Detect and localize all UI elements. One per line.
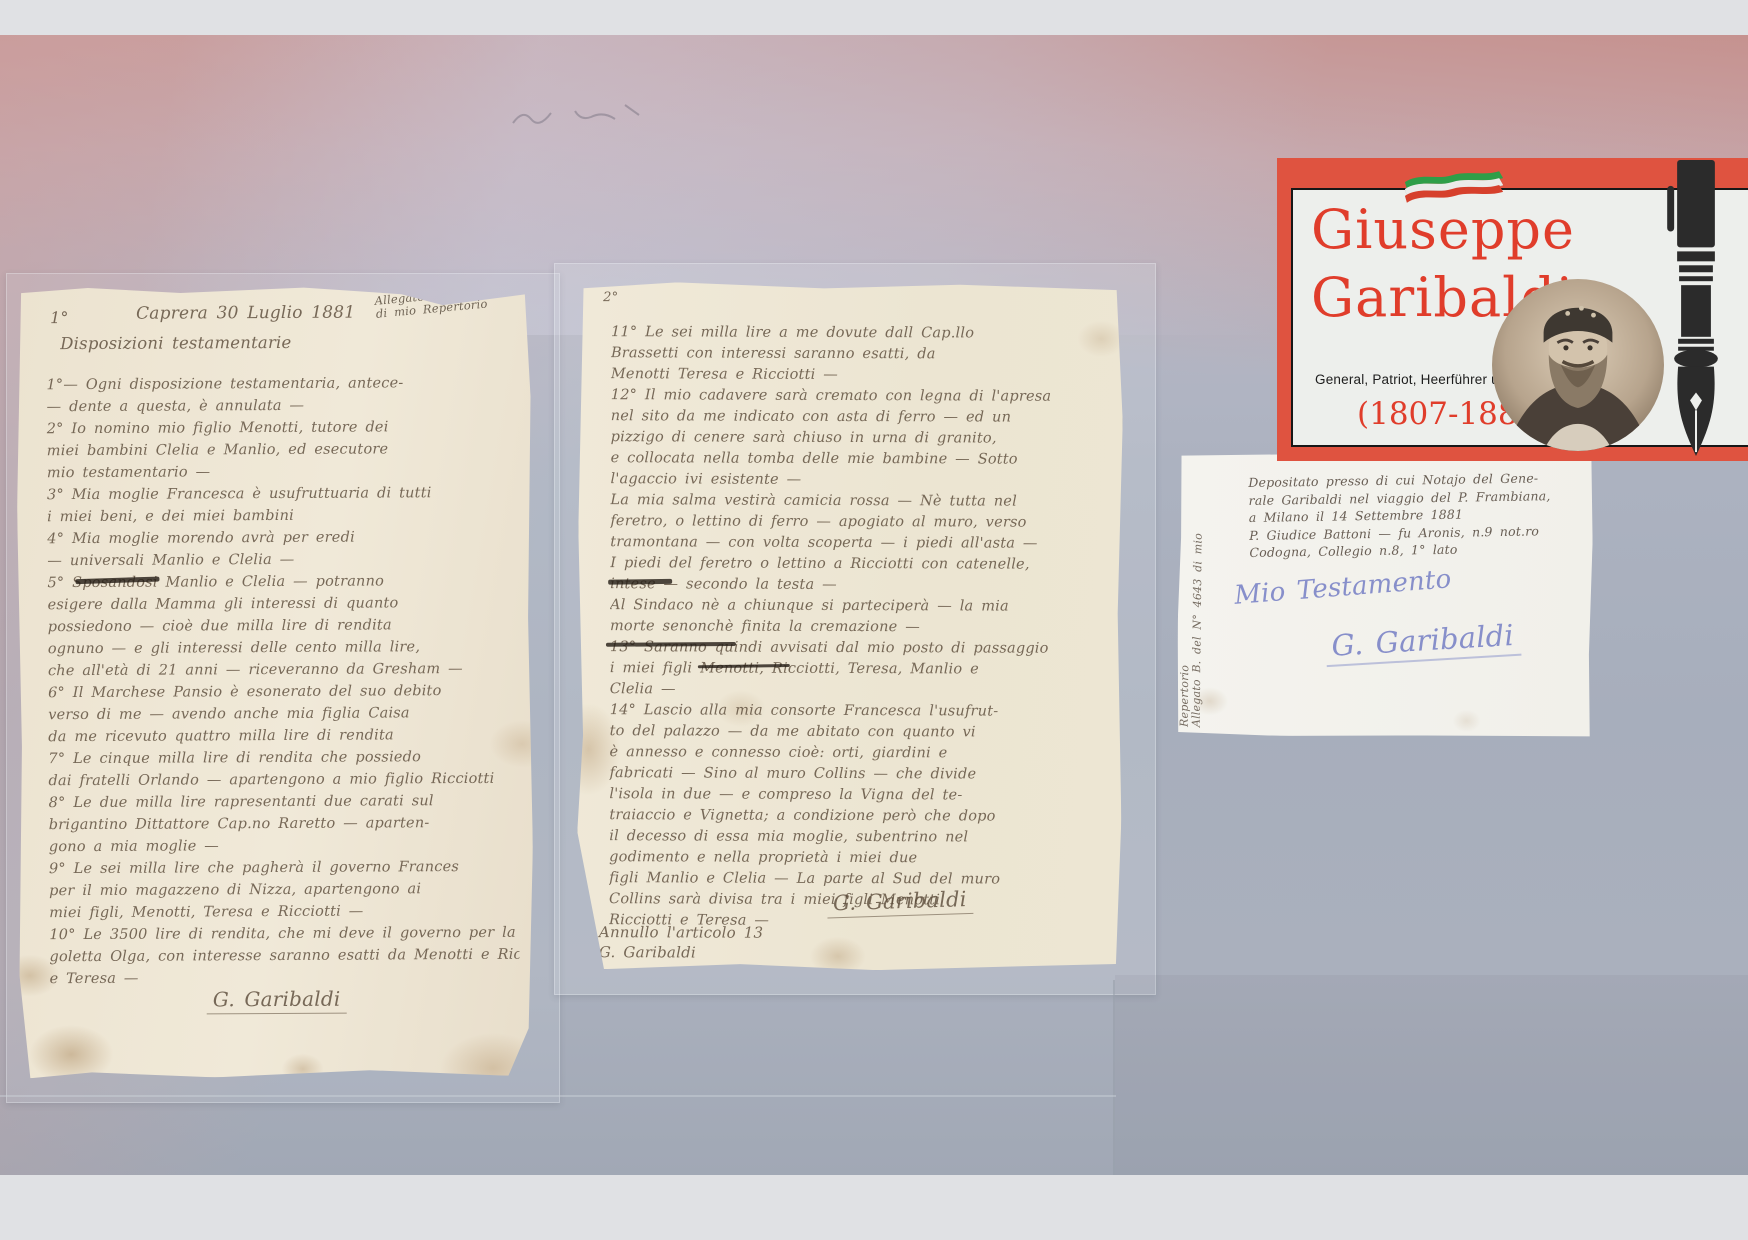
handwriting-line: 4° Mia moglie morendo avrà per eredi <box>47 526 517 550</box>
handwriting-line: 13° Saranno quindi avvisati dal mio post… <box>610 637 1112 660</box>
manuscript-page-1: Allegato C. al N° 4643 di mio Repertorio… <box>16 286 534 1079</box>
handwriting-line: 7° Le cinque milla lire di rendita che p… <box>48 746 518 770</box>
testament-title: Mio Testamento <box>1233 564 1452 611</box>
pencil-mark <box>505 93 665 145</box>
page-number: 2° <box>603 290 618 305</box>
postscript-line: G. Garibaldi <box>599 942 763 963</box>
handwriting-line: — dente a questa, è annulata — <box>47 394 517 418</box>
bottom-margin-strip <box>0 1175 1748 1240</box>
plexiglass-shade <box>1115 975 1748 1175</box>
page-number: 1° <box>50 308 69 327</box>
handwriting-line: Al Sindaco nè a chiunque si parteciperà … <box>610 595 1112 618</box>
postscript-note: Annullo l'articolo 13 G. Garibaldi <box>599 922 764 963</box>
handwriting-line: il decesso di essa mia moglie, subentrin… <box>609 826 1111 849</box>
handwriting-line: feretro, o lettino di ferro — apogiato a… <box>610 511 1112 534</box>
handwriting-line: 3° Mia moglie Francesca è usufruttuaria … <box>47 482 517 506</box>
handwriting-line: 9° Le sei milla lire che pagherà il gove… <box>49 856 519 880</box>
garibaldi-info-banner: Giuseppe Garibaldi General, Patriot, Hee… <box>1277 158 1748 461</box>
postscript-line: Annullo l'articolo 13 <box>599 922 763 943</box>
handwritten-text-block: 1°— Ogni disposizione testamentaria, ant… <box>46 372 520 1078</box>
handwriting-line: La mia salma vestirà camicia rossa — Nè … <box>610 490 1112 513</box>
handwriting-line: — universali Manlio e Clelia — <box>47 548 517 572</box>
deposit-note-block: Depositato presso di cui Notajo del Gene… <box>1248 469 1585 562</box>
handwriting-line: da me ricevuto quattro milla lire di ren… <box>48 724 518 748</box>
fountain-pen-icon <box>1665 160 1727 458</box>
handwriting-line: 10° Le 3500 lire di rendita, che mi deve… <box>49 922 519 946</box>
handwriting-line: i miei beni, e dei miei bambini <box>47 504 517 528</box>
handwriting-line: Menotti Teresa e Ricciotti — <box>611 364 1113 387</box>
handwriting-line: fabricati — Sino al muro Collins — che d… <box>609 763 1111 786</box>
signature: G. Garibaldi <box>827 887 973 919</box>
handwriting-line: 11° Le sei milla lire a me dovute dall C… <box>611 322 1113 345</box>
handwriting-line: nel sito da me indicato con asta di ferr… <box>611 406 1113 429</box>
handwriting-line: possiedono — cioè due milla lire di rend… <box>48 614 518 638</box>
handwriting-line: I piedi del feretro o lettino a Ricciott… <box>610 553 1112 576</box>
handwriting-line: miei figli, Menotti, Teresa e Ricciotti … <box>49 900 519 924</box>
edge-note-line: Allegato B. del N° 4643 <box>1190 578 1205 727</box>
handwriting-line: Clelia — <box>610 679 1112 702</box>
handwriting-line: 1°— Ogni disposizione testamentaria, ant… <box>46 372 516 396</box>
signature-text: G. Garibaldi <box>207 987 347 1015</box>
handwriting-line: dai fratelli Orlando — apartengono a mio… <box>48 768 518 792</box>
handwriting-line: intese — secondo la testa — <box>610 574 1112 597</box>
signature-text: G. Garibaldi <box>827 887 973 919</box>
signature-text: G. Garibaldi <box>1325 618 1521 667</box>
handwriting-line: to del palazzo — da me abitato con quant… <box>610 721 1112 744</box>
signature: G. Garibaldi <box>20 986 534 1016</box>
handwriting-line: tramontana — con volta scoperta — i pied… <box>610 532 1112 555</box>
handwriting-line: goletta Olga, con interesse saranno esat… <box>49 944 519 968</box>
handwriting-line: i miei figli Menotti, Ricciotti, Teresa,… <box>610 658 1112 681</box>
signature: G. Garibaldi <box>1325 618 1521 667</box>
handwritten-text-block: 11° Le sei milla lire a me dovute dall C… <box>609 322 1113 971</box>
handwriting-line: Brassetti con interessi saranno esatti, … <box>611 343 1113 366</box>
handwriting-line: 8° Le due milla lire rapresentanti due c… <box>49 790 519 814</box>
museum-photo: Allegato C. al N° 4643 di mio Repertorio… <box>0 35 1748 1175</box>
garibaldi-portrait-photo <box>1492 279 1664 451</box>
ink-strikethrough <box>608 579 672 585</box>
plexiglass-edge-horizontal <box>0 1095 1116 1097</box>
ink-strikethrough <box>606 642 736 647</box>
handwriting-line: e collocata nella tomba delle mie bambin… <box>611 448 1113 471</box>
testament-cover-card: Depositato presso di cui Notajo del Gene… <box>1177 453 1594 739</box>
handwriting-line: 12° Il mio cadavere sarà cremato con leg… <box>611 385 1113 408</box>
handwriting-line: che all'età di 21 anni — riceveranno da … <box>48 658 518 682</box>
handwriting-line: ognuno — e gli interessi delle cento mil… <box>48 636 518 660</box>
handwriting-line: brigantino Dittattore Cap.no Raretto — a… <box>49 812 519 836</box>
handwriting-line: godimento e nella proprietà i miei due <box>609 847 1111 870</box>
handwriting-line: per il mio magazzeno di Nizza, apartengo… <box>49 878 519 902</box>
handwriting-line: è annesso e connesso cioè: orti, giardin… <box>610 742 1112 765</box>
plexiglass-edge-vertical <box>1113 980 1115 1175</box>
handwriting-line: 14° Lascio alla mia consorte Francesca l… <box>610 700 1112 723</box>
dateline: Caprera 30 Luglio 1881 <box>136 303 355 324</box>
handwriting-line: verso di me — avendo anche mia figlia Ca… <box>48 702 518 726</box>
archival-edge-note: Allegato B. del N° 4643 di mio Repertori… <box>1179 477 1206 727</box>
banner-title-line1: Giuseppe <box>1311 196 1575 264</box>
handwriting-line: gono a mia moglie — <box>49 834 519 858</box>
handwriting-line: pizzigo di cenere sarà chiuso in urna di… <box>611 427 1113 450</box>
handwriting-line: figli Manlio e Clelia — La parte al Sud … <box>609 868 1111 891</box>
handwriting-line: mio testamentario — <box>47 460 517 484</box>
handwriting-line: esigere dalla Mamma gli interessi di qua… <box>48 592 518 616</box>
handwriting-line: traiaccio e Vignetta; a condizione però … <box>609 805 1111 828</box>
document-heading: Disposizioni testamentarie <box>60 333 291 353</box>
handwriting-line: morte senonchè finita la cremazione — <box>610 616 1112 639</box>
slide-canvas: Allegato C. al N° 4643 di mio Repertorio… <box>0 0 1748 1240</box>
handwriting-line: l'agaccio ivi esistente — <box>610 469 1112 492</box>
handwriting-line: l'isola in due — e compreso la Vigna del… <box>609 784 1111 807</box>
handwriting-line: miei bambini Clelia e Manlio, ed esecuto… <box>47 438 517 462</box>
top-margin-strip <box>0 0 1748 35</box>
manuscript-page-2: 2° 11° Le sei milla lire a me dovute dal… <box>577 282 1123 971</box>
handwriting-line: 6° Il Marchese Pansio è esonerato del su… <box>48 680 518 704</box>
handwriting-line: 2° Io nomino mio figlio Menotti, tutore … <box>47 416 517 440</box>
